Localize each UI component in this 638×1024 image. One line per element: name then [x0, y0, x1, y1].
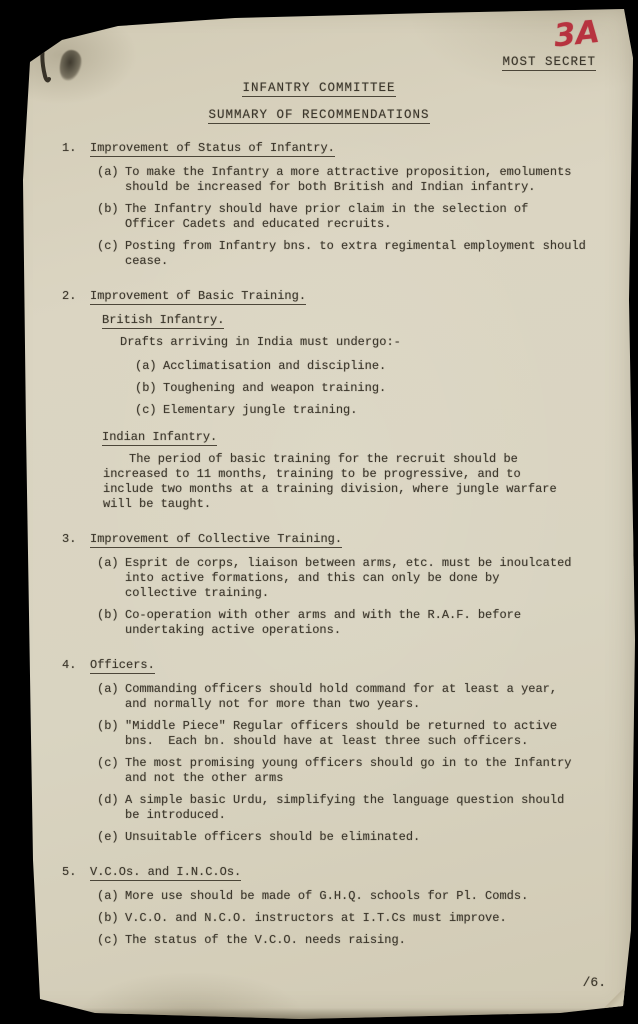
- item-label: (e): [97, 830, 125, 845]
- item-label: (a): [97, 682, 125, 712]
- item-text: Elementary jungle training.: [163, 403, 357, 418]
- section-heading: V.C.Os. and I.N.C.Os.: [90, 865, 241, 881]
- list-item: (b) Toughening and weapon training.: [135, 381, 638, 396]
- section-heading: Improvement of Basic Training.: [90, 289, 306, 305]
- item-text: Unsuitable officers should be eliminated…: [125, 830, 420, 845]
- gray-edge-mark: [633, 518, 638, 566]
- item-label: (b): [97, 608, 125, 638]
- subsection-heading-text: British Infantry.: [102, 313, 224, 329]
- list-item: (a) More use should be made of G.H.Q. sc…: [97, 889, 638, 904]
- item-label: (b): [97, 719, 125, 749]
- item-label: (c): [135, 403, 163, 418]
- item-text: Acclimatisation and discipline.: [163, 359, 386, 374]
- item-label: (b): [97, 202, 125, 232]
- page-subtitle: SUMMARY OF RECOMMENDATIONS: [208, 108, 429, 124]
- item-label: (b): [97, 911, 125, 926]
- section-heading-row: 1.Improvement of Status of Infantry.: [0, 141, 638, 156]
- pen-mark-icon: [36, 26, 62, 84]
- bottom-edge-shadow: [30, 1008, 628, 1022]
- document-body: 1.Improvement of Status of Infantry. (a)…: [0, 141, 638, 968]
- section-officers: 4.Officers. (a) Commanding officers shou…: [0, 658, 638, 845]
- section-heading-row: 5.V.C.Os. and I.N.C.Os.: [0, 865, 638, 880]
- section-number: 4.: [62, 658, 90, 673]
- list-item: (c) Elementary jungle training.: [135, 403, 638, 418]
- item-label: (c): [97, 933, 125, 948]
- item-text: Co-operation with other arms and with th…: [125, 608, 521, 638]
- section-heading-row: 3.Improvement of Collective Training.: [0, 532, 638, 547]
- subsection-paragraph: The period of basic training for the rec…: [103, 452, 558, 512]
- section-number: 3.: [62, 532, 90, 547]
- list-item: (c) The most promising young officers sh…: [97, 756, 638, 786]
- item-label: (c): [97, 239, 125, 269]
- list-item: (c) Posting from Infantry bns. to extra …: [97, 239, 638, 269]
- list-item: (b) The Infantry should have prior claim…: [97, 202, 638, 232]
- item-text: A simple basic Urdu, simplifying the lan…: [125, 793, 564, 823]
- item-label: (a): [97, 165, 125, 195]
- section-number: 5.: [62, 865, 90, 880]
- subsection-indian-infantry: Indian Infantry. The period of basic tra…: [0, 430, 638, 512]
- list-item: (c) The status of the V.C.O. needs raisi…: [97, 933, 638, 948]
- item-text: Toughening and weapon training.: [163, 381, 386, 396]
- item-label: (a): [97, 556, 125, 601]
- item-text: The status of the V.C.O. needs raising.: [125, 933, 406, 948]
- red-edge-mark: [634, 212, 637, 298]
- section-vcos-incos: 5.V.C.Os. and I.N.C.Os. (a) More use sho…: [0, 865, 638, 948]
- item-label: (d): [97, 793, 125, 823]
- item-text: Posting from Infantry bns. to extra regi…: [125, 239, 586, 269]
- item-label: (a): [97, 889, 125, 904]
- item-label: (b): [135, 381, 163, 396]
- subsection-heading-text: Indian Infantry.: [102, 430, 217, 446]
- section-heading-row: 2.Improvement of Basic Training.: [0, 289, 638, 304]
- subsection-heading: Indian Infantry.: [102, 430, 638, 445]
- list-item: (d) A simple basic Urdu, simplifying the…: [97, 793, 638, 823]
- section-number: 2.: [62, 289, 90, 304]
- item-text: To make the Infantry a more attractive p…: [125, 165, 571, 195]
- list-item: (a) Commanding officers should hold comm…: [97, 682, 638, 712]
- section-heading: Officers.: [90, 658, 155, 674]
- section-collective-training: 3.Improvement of Collective Training. (a…: [0, 532, 638, 638]
- list-item: (b) V.C.O. and N.C.O. instructors at I.T…: [97, 911, 638, 926]
- list-item: (a) Acclimatisation and discipline.: [135, 359, 638, 374]
- classification-stamp: MOST SECRET: [502, 55, 596, 69]
- list-item: (e) Unsuitable officers should be elimin…: [97, 830, 638, 845]
- paper-sheet: 3A MOST SECRET INFANTRY COMMITTEE SUMMAR…: [0, 0, 638, 1024]
- document-header: INFANTRY COMMITTEE SUMMARY OF RECOMMENDA…: [0, 78, 638, 124]
- section-basic-training: 2.Improvement of Basic Training. British…: [0, 289, 638, 512]
- list-item: (a) Esprit de corps, liaison between arm…: [97, 556, 638, 601]
- section-status-of-infantry: 1.Improvement of Status of Infantry. (a)…: [0, 141, 638, 269]
- section-heading: Improvement of Collective Training.: [90, 532, 342, 548]
- page-continuation-ref: /6.: [583, 975, 606, 990]
- item-text: The most promising young officers should…: [125, 756, 571, 786]
- classification-text: MOST SECRET: [502, 55, 596, 71]
- item-label: (a): [135, 359, 163, 374]
- list-item: (b) "Middle Piece" Regular officers shou…: [97, 719, 638, 749]
- list-item: (b) Co-operation with other arms and wit…: [97, 608, 638, 638]
- item-text: The Infantry should have prior claim in …: [125, 202, 528, 232]
- section-heading: Improvement of Status of Infantry.: [90, 141, 335, 157]
- item-text: Commanding officers should hold command …: [125, 682, 557, 712]
- item-label: (c): [97, 756, 125, 786]
- section-number: 1.: [62, 141, 90, 156]
- item-text: More use should be made of G.H.Q. school…: [125, 889, 528, 904]
- item-text: Esprit de corps, liaison between arms, e…: [125, 556, 571, 601]
- subsection-heading: British Infantry.: [102, 313, 638, 328]
- section-heading-row: 4.Officers.: [0, 658, 638, 673]
- item-text: V.C.O. and N.C.O. instructors at I.T.Cs …: [125, 911, 507, 926]
- page-title: INFANTRY COMMITTEE: [242, 81, 395, 97]
- item-text: "Middle Piece" Regular officers should b…: [125, 719, 557, 749]
- red-grading-mark: 3A: [553, 14, 602, 55]
- subsection-intro: Drafts arriving in India must undergo:-: [120, 335, 638, 350]
- list-item: (a) To make the Infantry a more attracti…: [97, 165, 638, 195]
